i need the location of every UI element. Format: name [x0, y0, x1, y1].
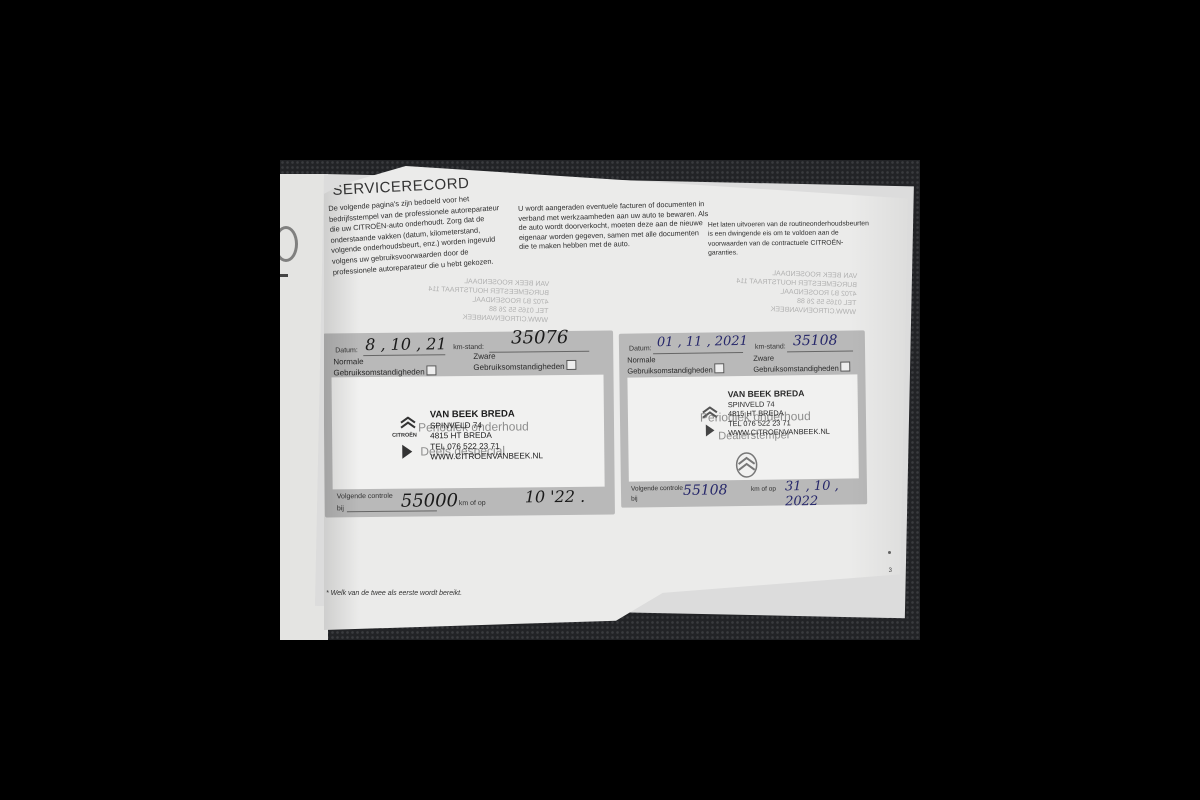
next-check-label: Volgende controle: [631, 485, 683, 493]
service-record-page: SERVICERECORD De volgende pagina's zijn …: [324, 166, 908, 630]
next-check-label: Volgende controle: [337, 493, 393, 501]
date-label: Datum:: [335, 347, 358, 354]
page-number: 3: [889, 568, 892, 574]
stamp-area: CITROËN Periodiek onderhoud Deels gespec…: [332, 375, 605, 490]
service-date: 8 , 10 , 21: [365, 334, 447, 354]
service-record-card-2: Datum: 01 , 11 , 2021 km-stand: 35108 No…: [619, 330, 867, 507]
ghost-stamp-right: VAN BEEK ROOSENDAAL BURGEMEESTER HOUTSTR…: [735, 268, 857, 317]
at-label: bij: [631, 495, 638, 502]
normal-conditions-option[interactable]: Normale Gebruiksomstandigheden: [333, 356, 436, 377]
next-km: 55000: [401, 490, 458, 512]
normal-conditions-checkbox[interactable]: [427, 365, 437, 375]
next-km: 55108: [683, 482, 728, 499]
ds-logo-icon: [704, 422, 716, 438]
booklet-photo: SERVICERECORD De volgende pagina's zijn …: [280, 160, 920, 640]
service-date: 01 , 11 , 2021: [657, 334, 748, 350]
warranty-text: Het laten uitvoeren van de routineonderh…: [708, 219, 873, 258]
dealer-stamp: VAN BEEK BREDA SPINVELD 74 4815 HT BREDA…: [728, 389, 830, 438]
page-mark: [280, 274, 288, 277]
dealer-stamp: VAN BEEK BREDA SPINVELD 74 4815 HT BREDA…: [430, 409, 543, 463]
brand-label: CITROËN: [392, 433, 417, 439]
km-or-on-label: km of op: [751, 486, 776, 493]
normal-conditions-checkbox[interactable]: [715, 363, 725, 373]
invoice-advice-text: U wordt aangeraden eventuele facturen of…: [518, 199, 709, 252]
logo-fragment-icon: [280, 226, 298, 262]
service-record-card-1: Datum: 8 , 10 , 21 km-stand: 35076 Norma…: [323, 330, 615, 517]
footnote: * Welk van de twee als eerste wordt bere…: [326, 590, 462, 597]
ghost-stamp-left: VAN BEEK ROOSENDAAL BURGEMEESTER HOUTSTR…: [427, 276, 549, 325]
km-label: km-stand:: [453, 344, 484, 351]
intro-text: De volgende pagina's zijn bedoeld voor h…: [328, 192, 508, 278]
normal-conditions-option[interactable]: Normale Gebruiksomstandigheden: [627, 354, 725, 375]
heavy-conditions-option[interactable]: Zware Gebruiksomstandigheden: [753, 352, 851, 373]
km-or-on-label: km of op: [459, 500, 486, 507]
km-reading: 35076: [511, 327, 568, 349]
page-dot: [888, 551, 891, 554]
citroen-chevron-icon: [400, 417, 416, 429]
heavy-conditions-option[interactable]: Zware Gebruiksomstandigheden: [473, 351, 576, 372]
ds-logo-icon: [400, 443, 414, 461]
km-reading: 35108: [793, 333, 838, 350]
citroen-emblem-icon: [734, 452, 758, 478]
km-label: km-stand:: [755, 343, 786, 350]
heavy-conditions-checkbox[interactable]: [567, 360, 577, 370]
heavy-conditions-checkbox[interactable]: [841, 361, 851, 371]
next-date: 10 '22 .: [525, 487, 586, 507]
date-label: Datum:: [629, 345, 652, 352]
next-date: 31 , 10 , 2022: [785, 478, 867, 509]
stamp-area: Periodiek onderhoud Dealerstempel VAN BE…: [627, 374, 858, 481]
at-label: bij: [337, 505, 344, 512]
